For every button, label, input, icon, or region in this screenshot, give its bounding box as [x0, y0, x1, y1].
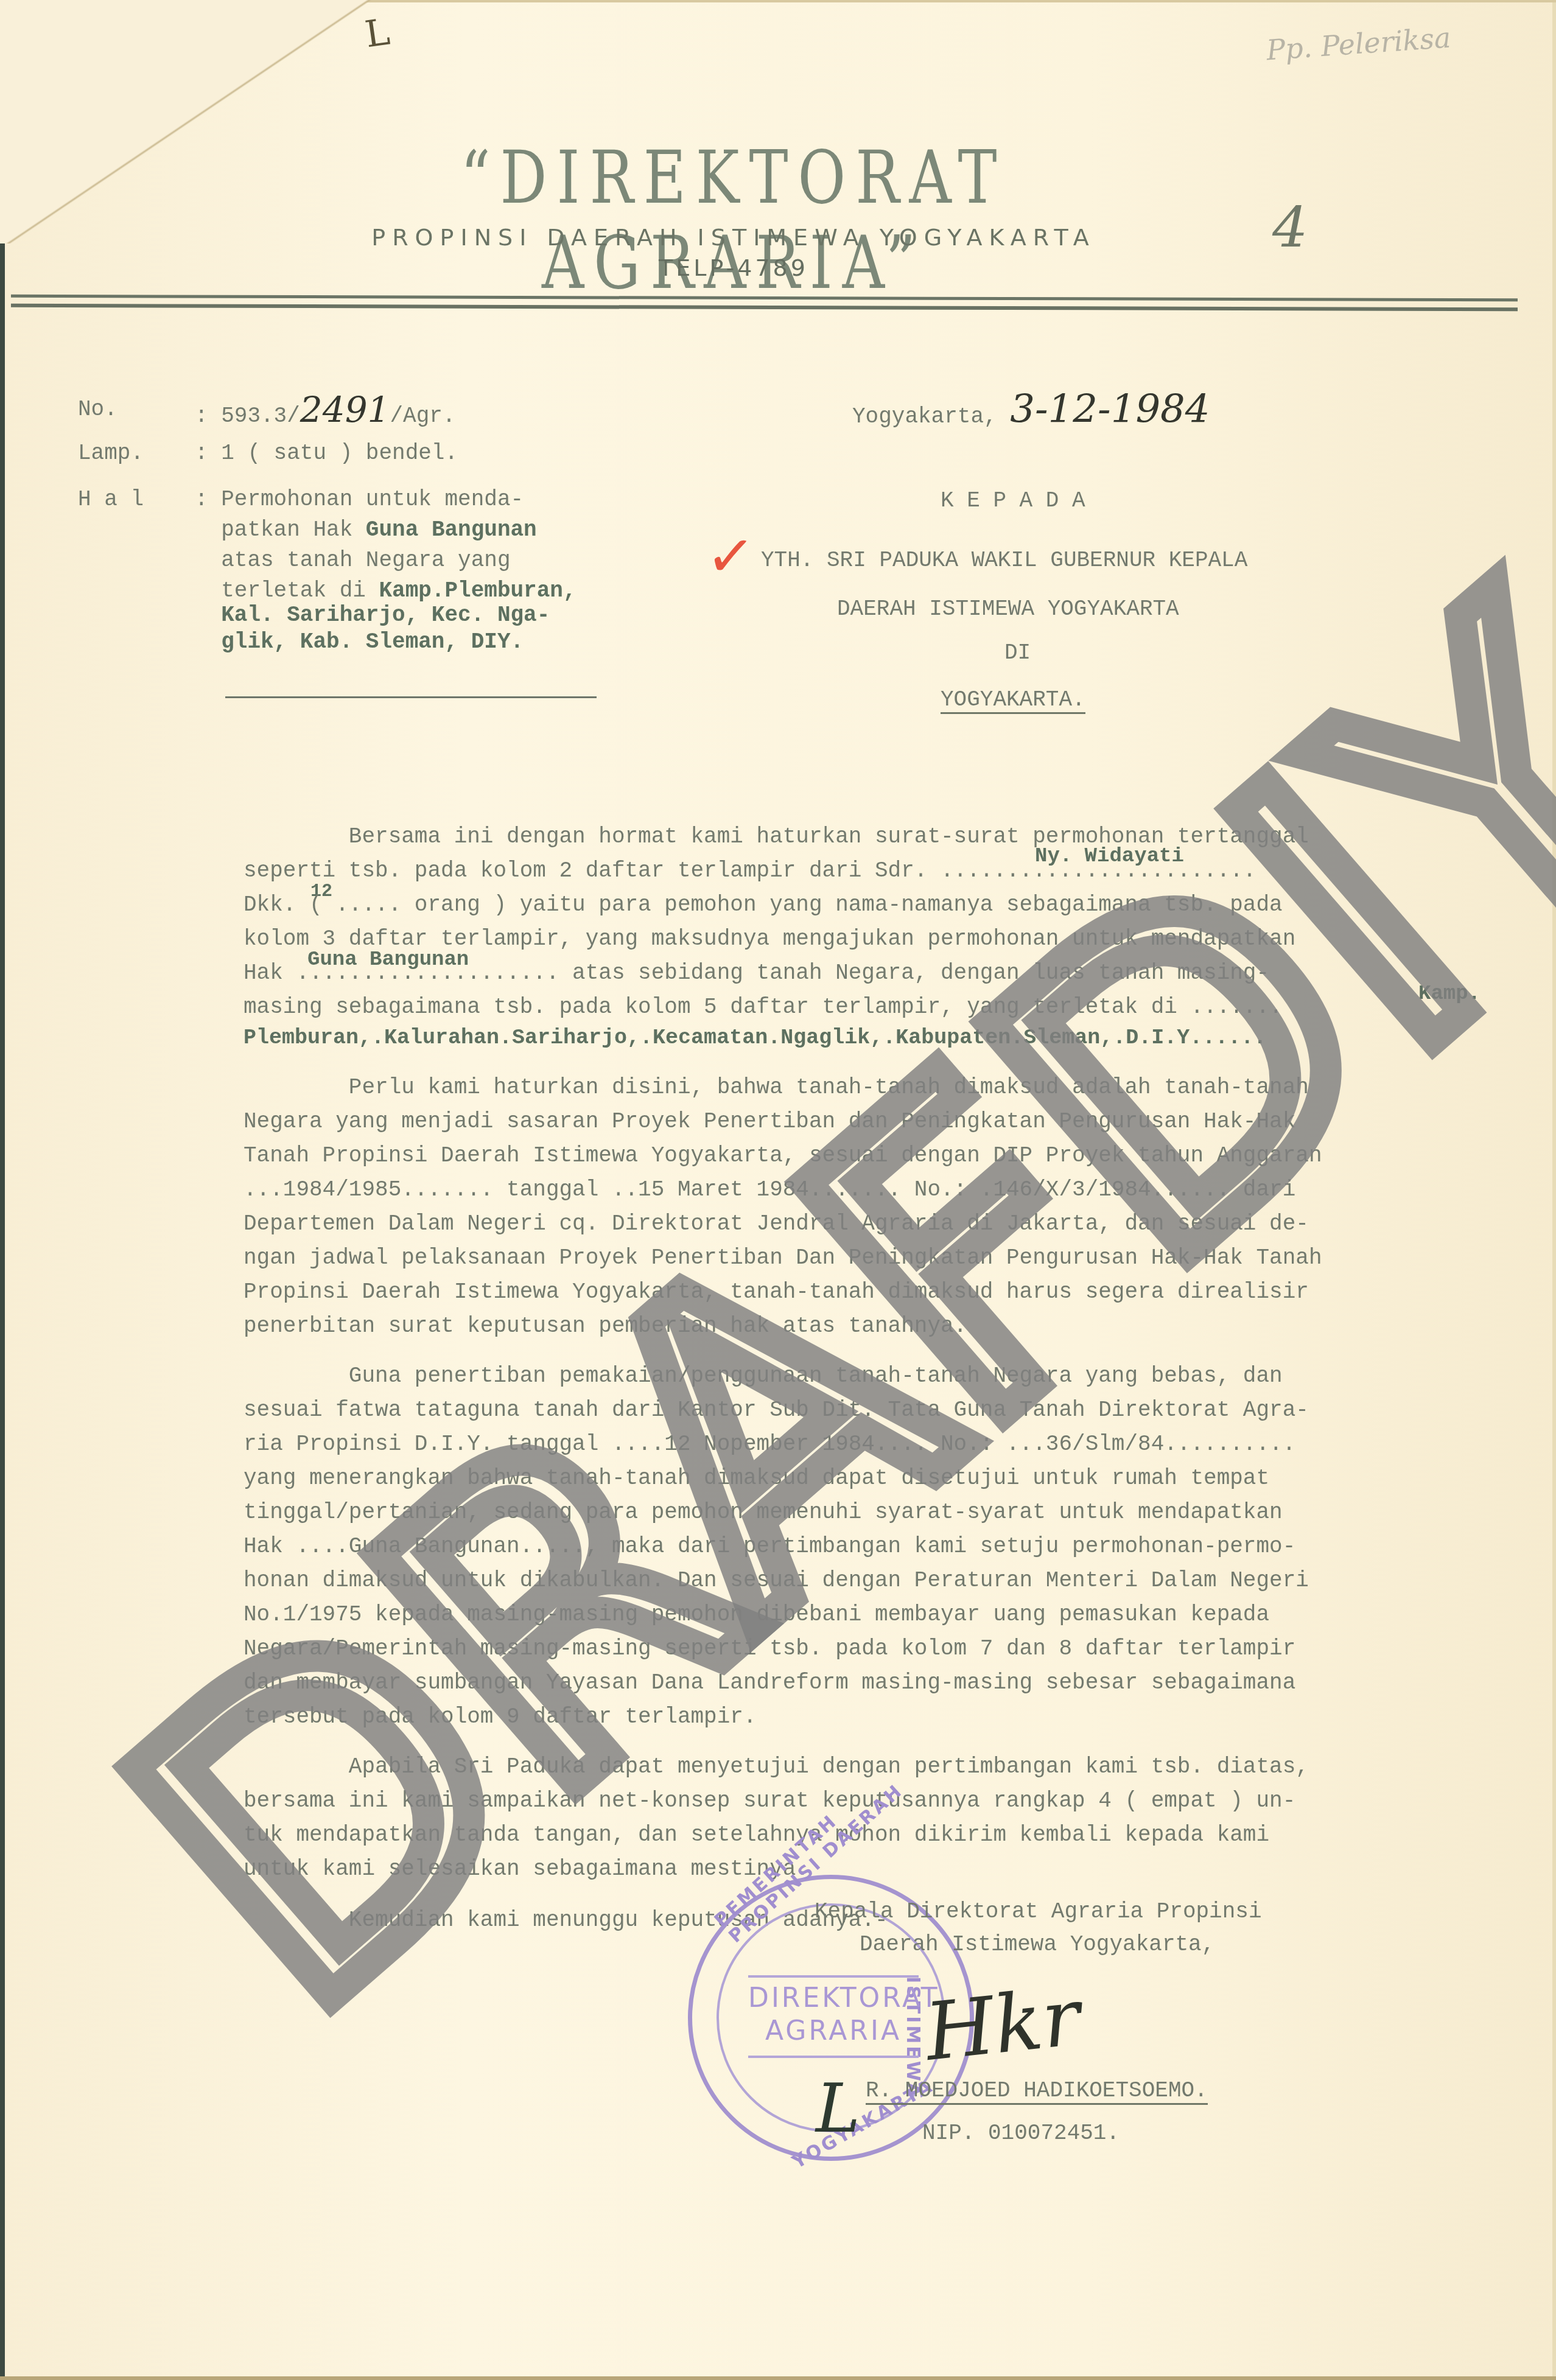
reference-hal-label: H a l: [78, 485, 144, 515]
signatory-name: R. MOEDJOED HADIKOETSOEMO.: [866, 2076, 1208, 2106]
body-line: Hak .................... atas sebidang t…: [244, 958, 1269, 989]
dateline-place: Yogyakarta,: [852, 404, 997, 429]
reference-lamp-label: Lamp.: [78, 438, 144, 469]
body-line: tuk mendapatkan tanda tangan, dan setela…: [244, 1820, 1269, 1850]
reference-lamp-value: : 1 ( satu ) bendel.: [195, 438, 458, 469]
body-line-fills: ...1984/1985....... tanggal ..15 Maret 1…: [244, 1175, 1295, 1205]
dateline-date-handwritten: 3-12-1984: [1010, 387, 1210, 432]
body-line: Perlu kami haturkan disini, bahwa tanah-…: [244, 1073, 1309, 1103]
addressee-line: DI: [1004, 638, 1031, 668]
body-line: yang menerangkan bahwa tanah-tanah dimak…: [244, 1463, 1269, 1494]
stamp-center-box: DIREKTORAT AGRARIA: [748, 1975, 919, 2058]
letterhead-subtitle: PROPINSI DAERAH ISTIMEWA YOGYAKARTA: [277, 224, 1190, 251]
reference-hal-line: atas tanah Negara yang: [195, 545, 510, 576]
handwritten-signature: Hkr: [921, 1970, 1085, 2079]
reference-hal-text: patkan Hak: [195, 517, 366, 542]
body-line: bersama ini kami sampaikan net-konsep su…: [244, 1786, 1295, 1816]
reference-hal-line: patkan Hak Guna Bangunan: [195, 515, 537, 545]
body-line: Tanah Propinsi Daerah Istimewa Yogyakart…: [244, 1141, 1322, 1171]
body-line: dan membayar sumbangan Yayasan Dana Land…: [244, 1668, 1295, 1698]
reference-hal-text: terletak di: [195, 578, 379, 603]
body-line: Dkk. ( ..... orang ) yaitu para pemohon …: [244, 890, 1283, 920]
body-line-fills: Hak ....Guna Bangunan....., maka dari pe…: [244, 1531, 1295, 1562]
body-line: sesuai fatwa tataguna tanah dari Kantor …: [244, 1395, 1309, 1426]
letterhead-phone: TELP-4789: [277, 254, 1190, 281]
reference-hal-line: : Permohonan untuk menda-: [195, 485, 524, 515]
body-line-fills: ria Propinsi D.I.Y. tanggal ....12 Nopem…: [244, 1429, 1295, 1460]
body-line-location: Plemburan,.Kalurahan.Sariharjo,.Kecamata…: [244, 1023, 1266, 1053]
body-line: untuk kami selesaikan sebagaimana mestin…: [244, 1854, 809, 1885]
reference-hal-fill-location: Kamp.Plemburan,: [379, 578, 576, 603]
body-line: Apabila Sri Paduka dapat menyetujui deng…: [244, 1752, 1309, 1782]
addressee-line: YTH. SRI PADUKA WAKIL GUBERNUR KEPALA: [761, 545, 1247, 576]
page-right-edge: [1552, 0, 1556, 2380]
body-line: tersebut pada kolom 9 daftar terlampir.: [244, 1702, 757, 1732]
body-line: honan dimaksud untuk dikabulkan. Dan ses…: [244, 1566, 1309, 1596]
reference-no-handwritten: 2491: [300, 389, 390, 430]
fill-kampung: Kamp.: [1418, 979, 1481, 1009]
addressee-city: YOGYAKARTA.: [941, 685, 1085, 715]
checkmark-icon: ✓: [704, 520, 757, 592]
addressee-kepada: K E P A D A: [941, 486, 1085, 516]
page-bottom-edge: [0, 2376, 1556, 2380]
signatory-name-text: R. MOEDJOED HADIKOETSOEMO.: [866, 2078, 1208, 2105]
reference-hal-line: Kal. Sariharjo, Kec. Nga-: [195, 600, 550, 631]
body-line: Departemen Dalam Negeri cq. Direktorat J…: [244, 1209, 1309, 1239]
reference-no-suffix: /Agr.: [390, 404, 455, 429]
body-line: Negara/Pemerintah masing-masing seperti …: [244, 1634, 1295, 1664]
body-line: tinggal/pertanian, sedang para pemohon m…: [244, 1497, 1283, 1528]
reference-hal-fill-right: Guna Bangunan: [366, 517, 537, 542]
body-line: Negara yang menjadi sasaran Proyek Pener…: [244, 1107, 1295, 1137]
signatory-title: Daerah Istimewa Yogyakarta,: [860, 1930, 1214, 1960]
handwritten-page-number: 4: [1272, 195, 1308, 260]
addressee-city-text: YOGYAKARTA.: [941, 687, 1085, 714]
stamp-center-text: DIREKTORAT: [748, 1983, 919, 2014]
body-line: Guna penertiban pemakaian/penggunaan tan…: [244, 1361, 1283, 1391]
body-line: Propinsi Daerah Istimewa Yogyakarta, tan…: [244, 1277, 1309, 1307]
dateline: Yogyakarta, 3-12-1984: [852, 394, 1210, 432]
handwritten-initial: L: [816, 2070, 860, 2147]
body-line: masing sebagaimana tsb. pada kolom 5 daf…: [244, 992, 1283, 1023]
signatory-title: Kepala Direktorat Agraria Propinsi: [815, 1897, 1262, 1927]
body-line: ngan jadwal pelaksanaan Proyek Penertiba…: [244, 1243, 1322, 1273]
addressee-line: DAERAH ISTIMEWA YOGYAKARTA: [837, 594, 1179, 625]
body-line: seperti tsb. pada kolom 2 daftar terlamp…: [244, 856, 1256, 886]
reference-no-label: No.: [78, 394, 117, 425]
signatory-nip: NIP. 010072451.: [922, 2118, 1120, 2149]
reference-no: : 593.3/2491/Agr.: [195, 394, 455, 432]
body-line: No.1/1975 kepada masing-masing pemohon d…: [244, 1600, 1269, 1630]
reference-hal-line: glik, Kab. Sleman, DIY.: [195, 627, 524, 657]
page-left-edge: [0, 0, 5, 2380]
stamp-center-text: AGRARIA: [748, 2015, 919, 2046]
body-line: penerbitan surat keputusan pemberian hak…: [244, 1311, 967, 1342]
reference-no-prefix: : 593.3/: [195, 404, 300, 429]
reference-divider: [225, 696, 597, 698]
